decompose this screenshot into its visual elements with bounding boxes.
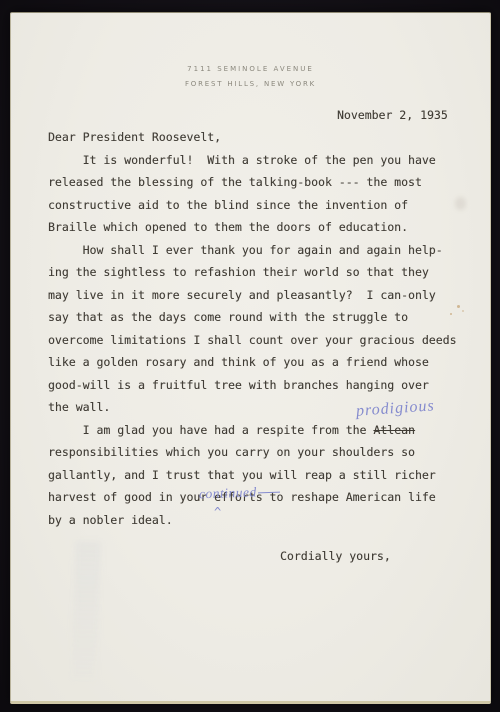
letter-closing: Cordially yours,	[280, 549, 391, 563]
letter-line: gallantly, and I trust that you will rea…	[48, 464, 478, 487]
letter-line: overcome limitations I shall count over …	[48, 329, 478, 352]
letter-line: How shall I ever thank you for again and…	[48, 239, 478, 262]
letterhead: 7111 SEMINOLE AVENUE FOREST HILLS, NEW Y…	[11, 65, 490, 88]
letter-line: like a golden rosary and think of you as…	[48, 351, 478, 374]
foxing-spot	[457, 305, 460, 308]
letter-date: November 2, 1935	[337, 108, 448, 122]
letter-line: constructive aid to the blind since the …	[48, 194, 478, 217]
letter-line: ing the sightless to refashion their wor…	[48, 261, 478, 284]
letter-line: say that as the days come round with the…	[48, 306, 478, 329]
paper-watermark	[71, 541, 102, 682]
letter-line: It is wonderful! With a stroke of the pe…	[48, 149, 478, 172]
letter-line: good-will is a fruitful tree with branch…	[48, 374, 478, 397]
letterhead-address-line: 7111 SEMINOLE AVENUE	[11, 65, 490, 73]
letter-paper: 7111 SEMINOLE AVENUE FOREST HILLS, NEW Y…	[10, 12, 491, 704]
struck-out-word: Atlean	[373, 423, 415, 437]
paper-smudge	[455, 197, 466, 210]
insertion-caret-mark: ^	[214, 505, 221, 519]
letter-line: may live in it more securely and pleasan…	[48, 284, 478, 307]
letter-line: Dear President Roosevelt,	[48, 126, 478, 149]
letter-line-text: I am glad you have had a respite from th…	[48, 423, 373, 437]
letter-line: by a nobler ideal.	[48, 509, 478, 532]
letter-line: responsibilities which you carry on your…	[48, 441, 478, 464]
letter-line	[48, 531, 478, 554]
foxing-spot	[450, 313, 452, 315]
letter-line: Braille which opened to them the doors o…	[48, 216, 478, 239]
letter-line: released the blessing of the talking-boo…	[48, 171, 478, 194]
letterhead-city-line: FOREST HILLS, NEW YORK	[11, 80, 490, 88]
handwritten-insertion-continued: continued	[199, 484, 280, 503]
letter-line: I am glad you have had a respite from th…	[48, 419, 478, 442]
foxing-spot	[462, 310, 464, 312]
